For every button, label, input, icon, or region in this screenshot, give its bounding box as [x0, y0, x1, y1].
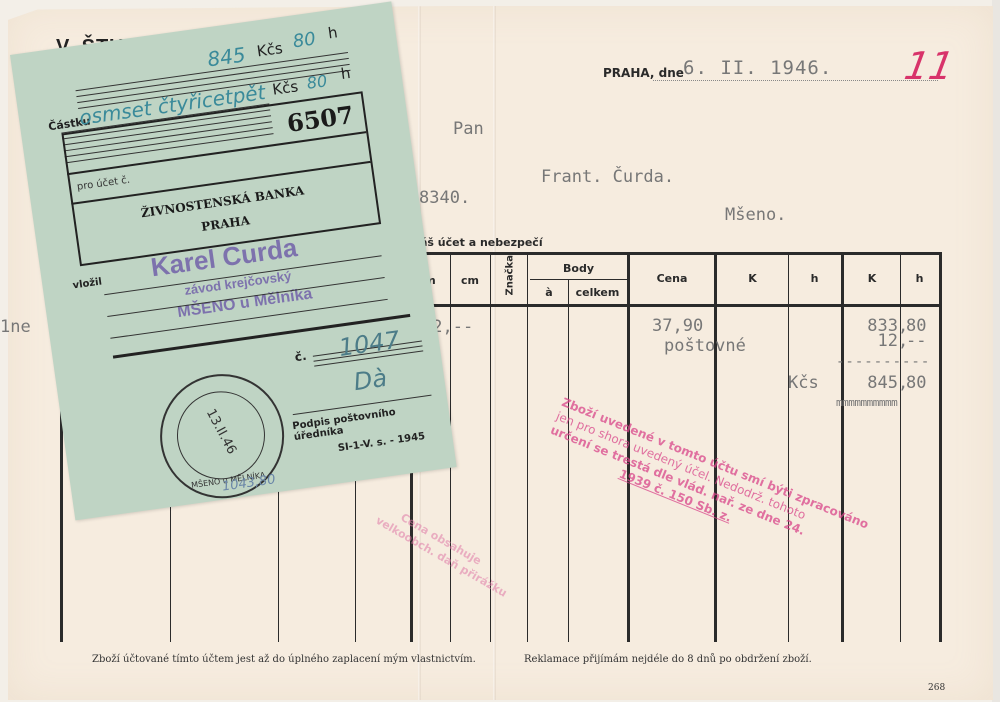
- slip-kcs-label-2: Kčs: [271, 77, 299, 98]
- footer-ownership-note: Zboží účtované tímto účtem jest až do úp…: [92, 654, 476, 665]
- header-body-a: à: [530, 286, 568, 299]
- total-h: 80: [906, 373, 926, 393]
- slip-amount-h-2: 80: [306, 71, 329, 93]
- header-body-celkem: celkem: [568, 286, 627, 299]
- page-mark: 11: [901, 44, 957, 88]
- total-currency: Kčs: [788, 373, 819, 393]
- table-right-border: [939, 252, 942, 642]
- total-underline: mmmmmmmmmm: [836, 396, 897, 409]
- header-h1: h: [788, 272, 841, 285]
- body-subheader-line: [530, 279, 627, 280]
- postal-deposit-slip: 845 Kčs 80 h Částku osmset čtyřicetpět K…: [10, 1, 457, 520]
- sum-separator: ----------: [836, 354, 930, 370]
- header-h2: h: [900, 272, 939, 285]
- header-cm: cm: [450, 274, 490, 287]
- col-divider: [841, 252, 844, 642]
- slip-receipt-number: 1047: [337, 326, 401, 362]
- slip-c-label: č.: [294, 349, 308, 364]
- comma: ,: [898, 373, 904, 393]
- postage-h: --: [906, 331, 926, 351]
- col-divider: [900, 252, 901, 642]
- col-divider: [714, 252, 717, 642]
- slip-kcs-label: Kčs: [256, 39, 284, 60]
- background-edge: [992, 0, 1000, 702]
- official-signature-label: Podpis poštovního úředníka: [292, 400, 451, 444]
- place-label: PRAHA, dne: [603, 66, 684, 80]
- form-number: 268: [928, 683, 945, 693]
- postage-label: poštovné: [664, 336, 746, 356]
- slip-deposited-label: vložil: [72, 276, 103, 291]
- invoice-date: 6. II. 1946.: [683, 57, 832, 79]
- comma: ,: [898, 331, 904, 351]
- recipient-salutation: Pan: [453, 119, 484, 139]
- footer-complaint-note: Reklamace přijímám nejdéle do 8 dnů po o…: [524, 654, 812, 665]
- slip-amount-h: 80: [291, 28, 317, 52]
- header-znacka: Značka: [505, 260, 516, 296]
- col-divider: [788, 252, 789, 642]
- header-k1: K: [717, 272, 788, 285]
- row-unit-price: 37,90: [652, 316, 703, 336]
- slip-signature: Dà: [352, 364, 389, 396]
- recipient-name: Frant. Čurda.: [541, 167, 674, 187]
- row-left-fragment: 1ne: [0, 317, 31, 337]
- col-divider: [527, 252, 528, 642]
- recipient-town: Mšeno.: [725, 205, 786, 225]
- header-body: Body: [530, 262, 627, 275]
- recipient-account: 8340.: [419, 188, 470, 208]
- total-k: 845: [856, 373, 898, 393]
- slip-h-label: h: [327, 23, 339, 42]
- date-dotted-line: [653, 80, 938, 81]
- slip-h-label-2: h: [340, 64, 352, 83]
- postage-k: 12: [856, 331, 898, 351]
- header-k2: K: [844, 272, 900, 285]
- header-cena: Cena: [630, 272, 714, 285]
